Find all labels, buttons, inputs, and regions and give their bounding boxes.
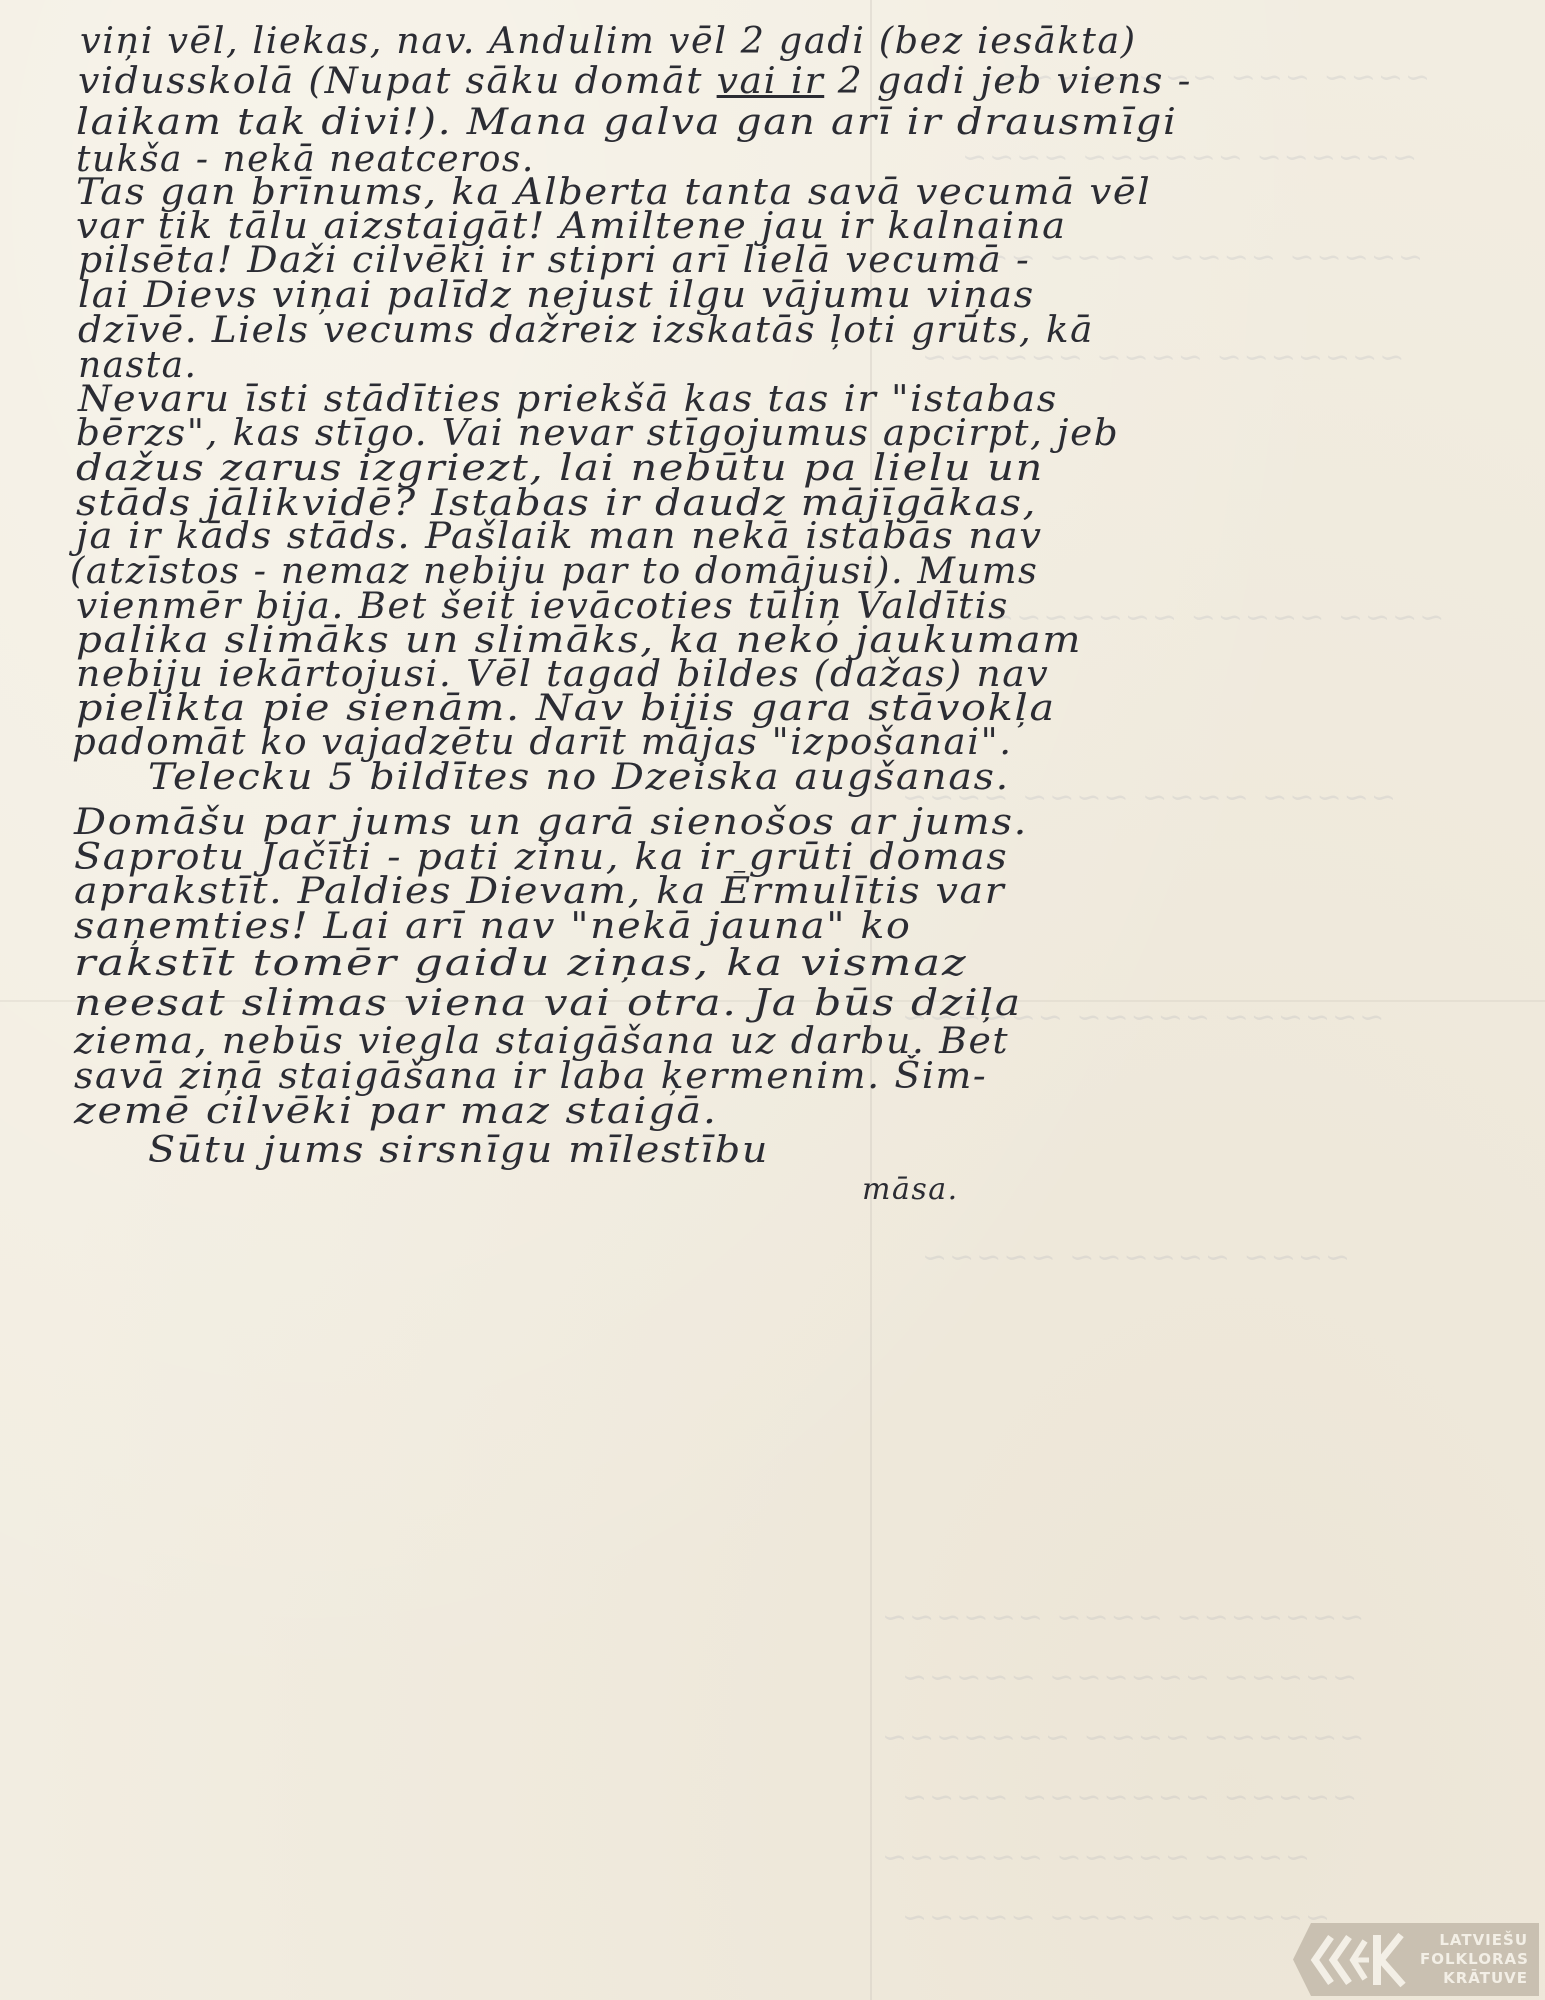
letter-line: laikam tak divi!). Mana galva gan arī ir… (76, 103, 1178, 143)
letter-signature: māsa. (862, 1170, 959, 1210)
logo-line: KRĀTUVE (1420, 1969, 1528, 1988)
letter-page: ~~~~ ~~~ ~~~~~~~~ ~~~~~~ ~~~~~~ ~~~~ ~~~… (0, 0, 1545, 2000)
letter-line: neesat slimas viena vai otra. Ja būs dzi… (74, 984, 1022, 1024)
letter-line: Telecku 5 bildītes no Dzeiska augšanas. (148, 758, 1010, 798)
logo-line: FOLKLORAS (1420, 1950, 1528, 1969)
letter-line: dzīvē. Liels vecums dažreiz izskatās ļot… (78, 311, 1094, 351)
letter-line: saņemties! Lai arī nav "nekā jauna" ko (74, 907, 911, 947)
underlined-phrase: vai ir (717, 61, 825, 102)
letter-line: rakstīt tomēr gaidu ziņas, ka vismaz (74, 944, 968, 984)
letter-line: Sūtu jums sirsnīgu mīlestību (148, 1131, 769, 1171)
handwritten-text: viņi vēl, liekas, nav. Andulim vēl 2 gad… (0, 0, 1545, 2000)
letter-line: zemē cilvēki par maz staigā. (74, 1092, 718, 1132)
letter-line: vidusskolā (Nupat sāku domāt vai ir 2 ga… (78, 62, 1192, 102)
lfk-logo-mark-icon (1309, 1931, 1409, 1989)
lfk-logo-text: LATVIEŠU FOLKLORAS KRĀTUVE (1420, 1931, 1528, 1988)
letter-line: viņi vēl, liekas, nav. Andulim vēl 2 gad… (80, 22, 1137, 62)
logo-line: LATVIEŠU (1420, 1931, 1528, 1950)
lfk-watermark-logo: LATVIEŠU FOLKLORAS KRĀTUVE (1293, 1923, 1539, 1996)
